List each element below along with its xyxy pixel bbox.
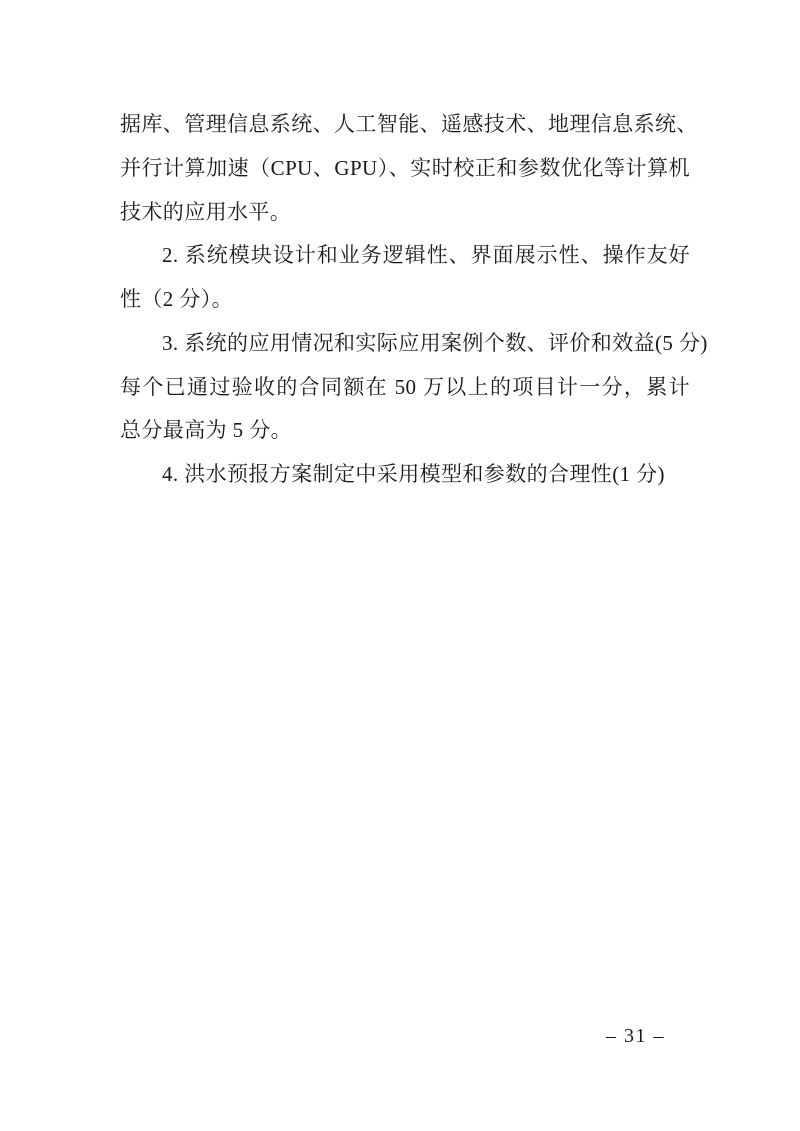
- text-line-3: 技术的应用水平。: [120, 191, 690, 235]
- text-line-5: 性（2 分）。: [120, 278, 690, 322]
- document-body: 据库、管理信息系统、人工智能、遥感技术、地理信息系统、 并行计算加速（CPU、G…: [120, 103, 690, 497]
- text-line-8: 总分最高为 5 分。: [120, 409, 690, 453]
- text-line-1: 据库、管理信息系统、人工智能、遥感技术、地理信息系统、: [120, 103, 690, 147]
- document-page: 据库、管理信息系统、人工智能、遥感技术、地理信息系统、 并行计算加速（CPU、G…: [0, 0, 800, 1131]
- text-line-6: 3. 系统的应用情况和实际应用案例个数、评价和效益(5 分): [120, 322, 690, 366]
- text-line-2: 并行计算加速（CPU、GPU）、实时校正和参数优化等计算机: [120, 147, 690, 191]
- page-number: – 31 –: [606, 1023, 665, 1049]
- text-line-9: 4. 洪水预报方案制定中采用模型和参数的合理性(1 分): [120, 453, 690, 497]
- text-line-4: 2. 系统模块设计和业务逻辑性、界面展示性、操作友好: [120, 234, 690, 278]
- text-line-7: 每个已通过验收的合同额在 50 万以上的项目计一分，累计: [120, 366, 690, 410]
